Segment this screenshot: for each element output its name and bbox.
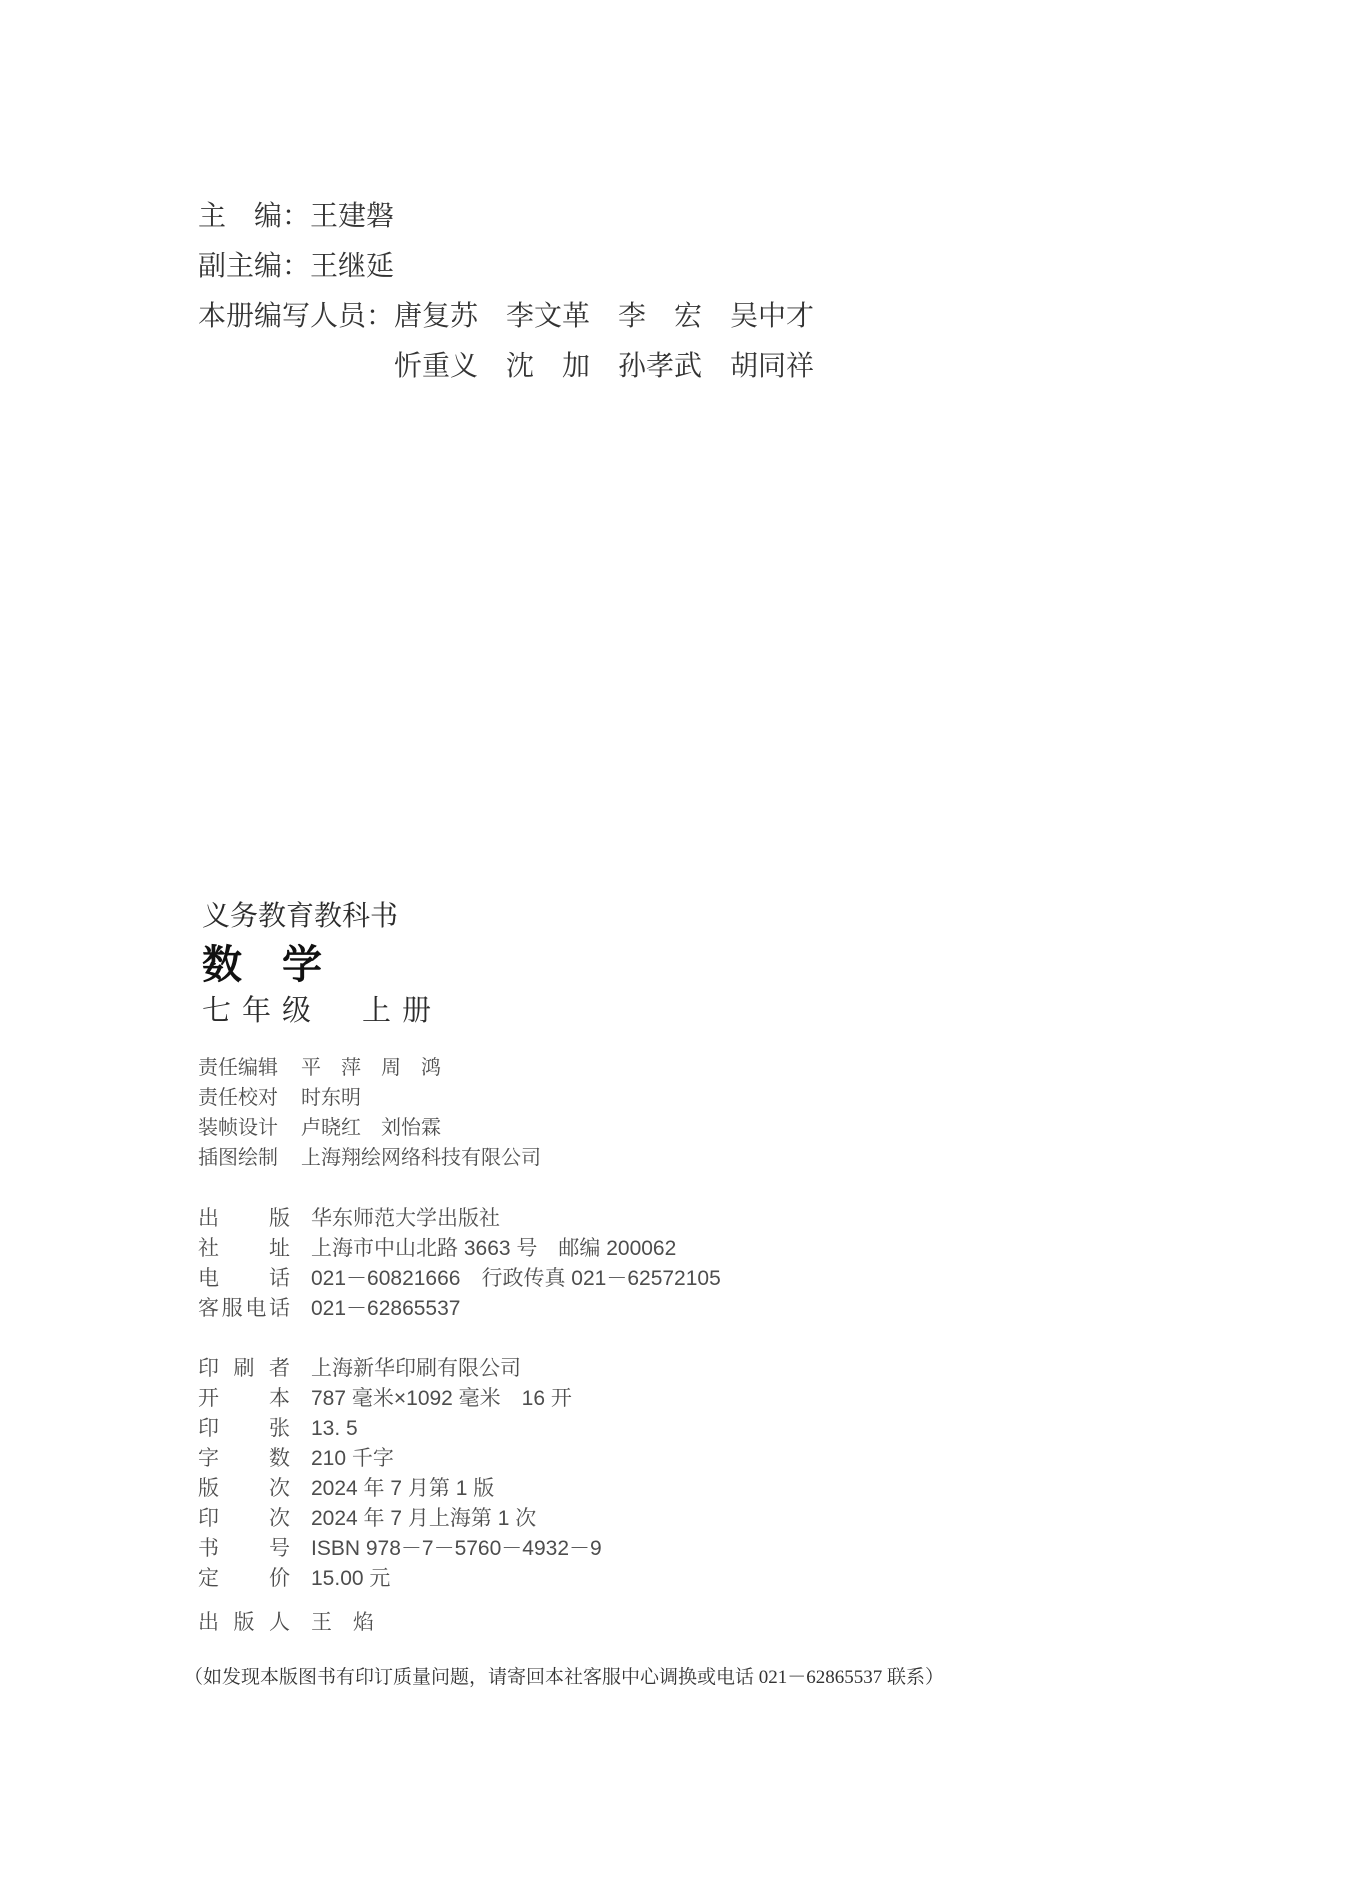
series-title: 义务教育教科书 xyxy=(202,902,442,932)
printing-label: 字数 xyxy=(198,1444,290,1474)
quality-notice: （如发现本版图书有印订质量问题，请寄回本社客服中心调换或电话 021－62865… xyxy=(184,1664,944,1692)
book-title: 数 学 xyxy=(202,942,442,988)
printing-label: 印次 xyxy=(198,1504,290,1534)
printing-row: 印次2024 年 7 月上海第 1 次 xyxy=(198,1504,602,1534)
credit-value: 上海翔绘网络科技有限公司 xyxy=(301,1143,541,1173)
grade-volume: 七年级 上册 xyxy=(202,995,442,1027)
printing-label: 印张 xyxy=(198,1414,290,1444)
publisher-row: 社址上海市中山北路 3663 号 邮编 200062 xyxy=(198,1234,721,1264)
issuer-row: 出版人王 焰 xyxy=(198,1608,374,1638)
publisher-label: 电话 xyxy=(198,1264,290,1294)
publisher-label: 社址 xyxy=(198,1234,290,1264)
printing-row: 印刷者上海新华印刷有限公司 xyxy=(198,1354,602,1384)
issuer-label: 出版人 xyxy=(198,1608,290,1638)
printing-value: 787 毫米×1092 毫米 16 开 xyxy=(311,1384,572,1414)
deputy-editor-name: 王继延 xyxy=(310,251,394,282)
credit-row: 责任编辑平 萍 周 鸿 xyxy=(198,1053,541,1083)
chief-editor-name: 王建磐 xyxy=(310,201,394,232)
printing-block: 印刷者上海新华印刷有限公司 开本787 毫米×1092 毫米 16 开 印张13… xyxy=(198,1354,602,1594)
printing-label: 印刷者 xyxy=(198,1354,290,1384)
printing-row: 定价15.00 元 xyxy=(198,1564,602,1594)
printing-row: 字数210 千字 xyxy=(198,1444,602,1474)
writers-names-2: 忻重义 沈 加 孙孝武 胡同祥 xyxy=(394,351,814,382)
writers-label: 本册编写人员： xyxy=(198,301,394,332)
chief-editor-line: 主编：王建磐 xyxy=(198,192,814,242)
printing-value: 2024 年 7 月上海第 1 次 xyxy=(311,1504,536,1534)
printing-value: ISBN 978－7－5760－4932－9 xyxy=(311,1534,602,1564)
printing-row: 印张13. 5 xyxy=(198,1414,602,1444)
printing-label: 版次 xyxy=(198,1474,290,1504)
printing-row: 书号ISBN 978－7－5760－4932－9 xyxy=(198,1534,602,1564)
credit-value: 平 萍 周 鸿 xyxy=(301,1053,441,1083)
credit-value: 卢晓红 刘怡霖 xyxy=(301,1113,441,1143)
publisher-value: 021－62865537 xyxy=(311,1294,460,1324)
issuer-block: 出版人王 焰 xyxy=(198,1608,374,1638)
editors-block: 主编：王建磐 副主编：王继延 本册编写人员：唐复苏 李文革 李 宏 吴中才 忻重… xyxy=(198,192,814,392)
publisher-value: 上海市中山北路 3663 号 邮编 200062 xyxy=(311,1234,676,1264)
printing-label: 开本 xyxy=(198,1384,290,1414)
deputy-editor-label: 副主编 xyxy=(198,242,282,292)
deputy-editor-line: 副主编：王继延 xyxy=(198,242,814,292)
printing-row: 开本787 毫米×1092 毫米 16 开 xyxy=(198,1384,602,1414)
credit-row: 插图绘制上海翔绘网络科技有限公司 xyxy=(198,1143,541,1173)
printing-value: 上海新华印刷有限公司 xyxy=(311,1354,521,1384)
colon: ： xyxy=(282,201,310,232)
writers-line-1: 本册编写人员：唐复苏 李文革 李 宏 吴中才 xyxy=(198,292,814,342)
publisher-value: 021－60821666 行政传真 021－62572105 xyxy=(311,1264,721,1294)
colophon-page: 主编：王建磐 副主编：王继延 本册编写人员：唐复苏 李文革 李 宏 吴中才 忻重… xyxy=(0,0,1360,1885)
printing-row: 版次2024 年 7 月第 1 版 xyxy=(198,1474,602,1504)
writers-names-1: 唐复苏 李文革 李 宏 吴中才 xyxy=(394,301,814,332)
publisher-value: 华东师范大学出版社 xyxy=(311,1204,500,1234)
printing-value: 2024 年 7 月第 1 版 xyxy=(311,1474,494,1504)
printing-value: 15.00 元 xyxy=(311,1564,390,1594)
credit-label: 责任校对 xyxy=(198,1083,278,1113)
publisher-label: 客服电话 xyxy=(198,1294,290,1324)
credit-label: 装帧设计 xyxy=(198,1113,278,1143)
printing-value: 210 千字 xyxy=(311,1444,394,1474)
publisher-block: 出版华东师范大学出版社 社址上海市中山北路 3663 号 邮编 200062 电… xyxy=(198,1204,721,1324)
issuer-name: 王 焰 xyxy=(311,1608,374,1638)
printing-label: 定价 xyxy=(198,1564,290,1594)
writers-line-2: 忻重义 沈 加 孙孝武 胡同祥 xyxy=(198,342,814,392)
colon: ： xyxy=(282,251,310,282)
credit-row: 装帧设计卢晓红 刘怡霖 xyxy=(198,1113,541,1143)
publisher-row: 出版华东师范大学出版社 xyxy=(198,1204,721,1234)
credits-block: 责任编辑平 萍 周 鸿 责任校对时东明 装帧设计卢晓红 刘怡霖 插图绘制上海翔绘… xyxy=(198,1053,541,1173)
printing-value: 13. 5 xyxy=(311,1414,358,1444)
printing-label: 书号 xyxy=(198,1534,290,1564)
credit-value: 时东明 xyxy=(301,1083,361,1113)
credit-row: 责任校对时东明 xyxy=(198,1083,541,1113)
credit-label: 责任编辑 xyxy=(198,1053,278,1083)
publisher-row: 电话021－60821666 行政传真 021－62572105 xyxy=(198,1264,721,1294)
chief-editor-label: 主编 xyxy=(198,192,282,242)
credit-label: 插图绘制 xyxy=(198,1143,278,1173)
publisher-label: 出版 xyxy=(198,1204,290,1234)
publisher-row: 客服电话021－62865537 xyxy=(198,1294,721,1324)
title-block: 义务教育教科书 数 学 七年级 上册 xyxy=(202,902,442,1027)
